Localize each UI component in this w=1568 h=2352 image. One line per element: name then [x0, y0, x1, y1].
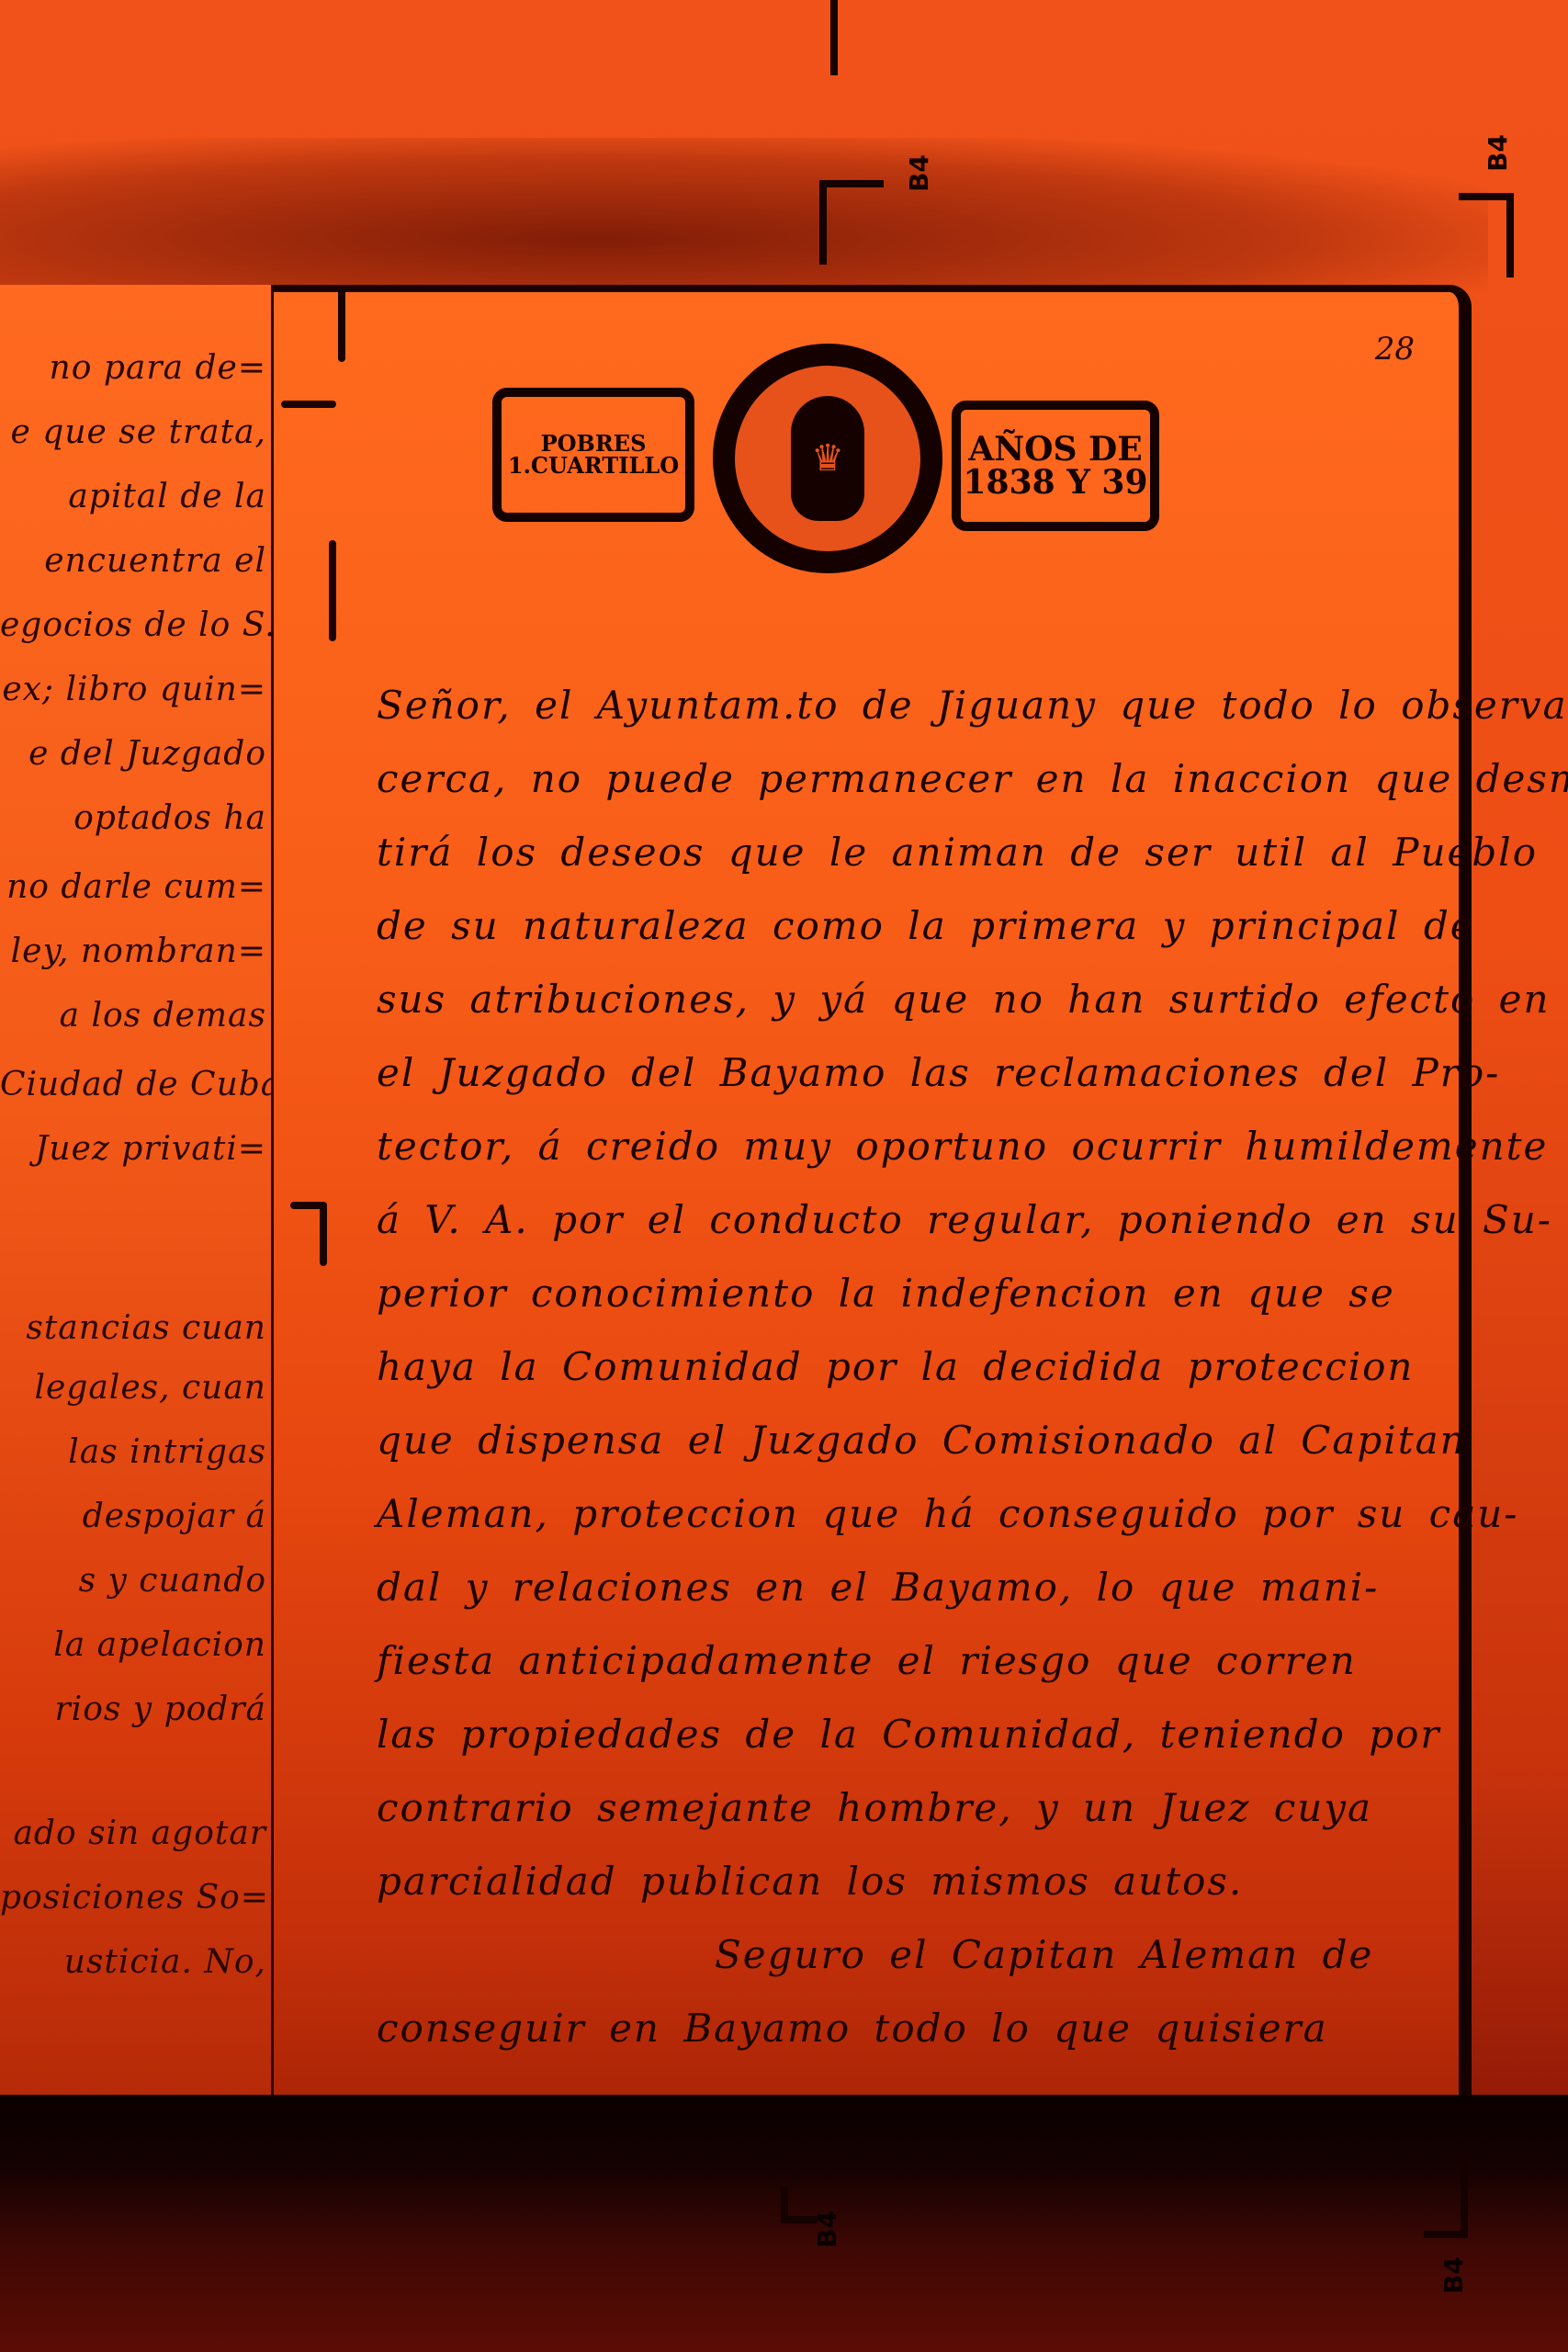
ink-crack	[338, 288, 345, 362]
ink-crack	[320, 1202, 327, 1266]
left-page: no para de= e que se trata, apital de la…	[0, 285, 275, 2104]
crown-crest-icon: ♛	[791, 396, 864, 521]
text-line: haya la Comunidad por la decidida protec…	[377, 1344, 1414, 1389]
left-page-line: e del Juzgado	[0, 735, 266, 773]
text-line: Señor, el Ayuntam.to de Jiguany que todo…	[377, 683, 1568, 728]
registration-corner-top-left	[819, 180, 884, 187]
left-page-line: ex; libro quin=	[0, 671, 266, 708]
text-line: de su naturaleza como la primera y princ…	[377, 903, 1475, 948]
registration-corner-bottom-right	[1461, 2150, 1468, 2238]
left-page-line: no para de=	[0, 349, 266, 387]
left-page-line: encuentra el	[0, 542, 266, 580]
registration-label-top-center: B4	[904, 154, 934, 192]
text-line: el Juzgado del Bayamo las reclamaciones …	[377, 1050, 1500, 1095]
left-page-line: la apelacion	[0, 1626, 266, 1664]
text-line: contrario semejante hombre, y un Juez cu…	[377, 1785, 1372, 1830]
registration-corner-top-left-vertical	[819, 180, 827, 265]
left-page-line: apital de la	[0, 478, 266, 515]
registration-label-bottom-right: B4	[1438, 2256, 1469, 2294]
text-line: conseguir en Bayamo todo lo que quisiera	[377, 2006, 1328, 2051]
left-page-line: posiciones So=	[0, 1879, 266, 1917]
left-page-line: no darle cum=	[0, 868, 266, 906]
stamp-right-line-1: AÑOS DE	[968, 433, 1142, 466]
text-line: á V. A. por el conducto regular, poniend…	[377, 1197, 1552, 1242]
stamp-pobres-cuartillo: POBRES 1.CUARTILLO	[492, 388, 694, 522]
stamp-anos-de: AÑOS DE 1838 Y 39	[952, 401, 1159, 531]
text-line: dal y relaciones en el Bayamo, lo que ma…	[377, 1565, 1379, 1610]
text-line: perior conocimiento la indefencion en qu…	[377, 1271, 1395, 1316]
text-line: tirá los deseos que le animan de ser uti…	[377, 830, 1538, 875]
left-page-line: Ciudad de Cuba,	[0, 1066, 266, 1103]
left-page-line: stancias cuan	[0, 1309, 266, 1347]
registration-label-bottom-center: B4	[812, 2211, 842, 2248]
text-line: fiesta anticipadamente el riesgo que cor…	[377, 1638, 1357, 1683]
registration-tick-top	[830, 0, 838, 75]
ink-crack	[329, 540, 336, 641]
text-line: que dispensa el Juzgado Comisionado al C…	[377, 1418, 1467, 1463]
stamp-right-line-2: 1838 Y 39	[963, 466, 1147, 499]
left-page-line: Juez privati=	[0, 1130, 266, 1168]
left-page-line: legales, cuan	[0, 1369, 266, 1407]
left-page-line: egocios de lo S.	[0, 606, 266, 644]
ink-crack	[281, 401, 336, 408]
text-line: cerca, no puede permanecer en la inaccio…	[377, 756, 1568, 801]
text-line: Seguro el Capitan Aleman de	[715, 1932, 1373, 1977]
left-page-line: ley, nombran=	[0, 933, 266, 970]
left-page-line: usticia. No,	[0, 1943, 266, 1981]
left-page-line: a los demas	[0, 997, 266, 1035]
royal-seal-stamp: ♛	[713, 344, 942, 573]
page-number: 28	[1375, 331, 1415, 367]
left-page-line: optados ha	[0, 799, 266, 837]
left-page-line: ado sin agotar	[0, 1815, 266, 1852]
left-page-line: las intrigas	[0, 1433, 266, 1471]
text-line: Aleman, proteccion que há conseguido por…	[377, 1491, 1518, 1536]
left-page-line: rios y podrá	[0, 1690, 266, 1728]
bottom-shadow	[0, 2095, 1568, 2352]
registration-corner-top-right-vertical	[1506, 193, 1514, 277]
text-line: sus atribuciones, y yá que no han surtid…	[377, 977, 1551, 1022]
left-page-line: e que se trata,	[0, 413, 266, 451]
left-page-line: despojar á	[0, 1498, 266, 1535]
manuscript-page: 28 POBRES 1.CUARTILLO ♛ AÑOS DE 1838 Y 3…	[274, 285, 1472, 2120]
stamp-left-line-2: 1.CUARTILLO	[508, 455, 679, 477]
registration-label-top-right: B4	[1483, 134, 1513, 172]
text-line: tector, á creido muy oportuno ocurrir hu…	[377, 1124, 1548, 1169]
registration-corner-top-right	[1459, 193, 1514, 200]
left-page-line: s y cuando	[0, 1562, 266, 1600]
text-line: las propiedades de la Comunidad, teniend…	[377, 1712, 1440, 1757]
registration-corner-bottom-right-horizontal	[1424, 2231, 1468, 2238]
text-line: parcialidad publican los mismos autos.	[377, 1859, 1243, 1904]
